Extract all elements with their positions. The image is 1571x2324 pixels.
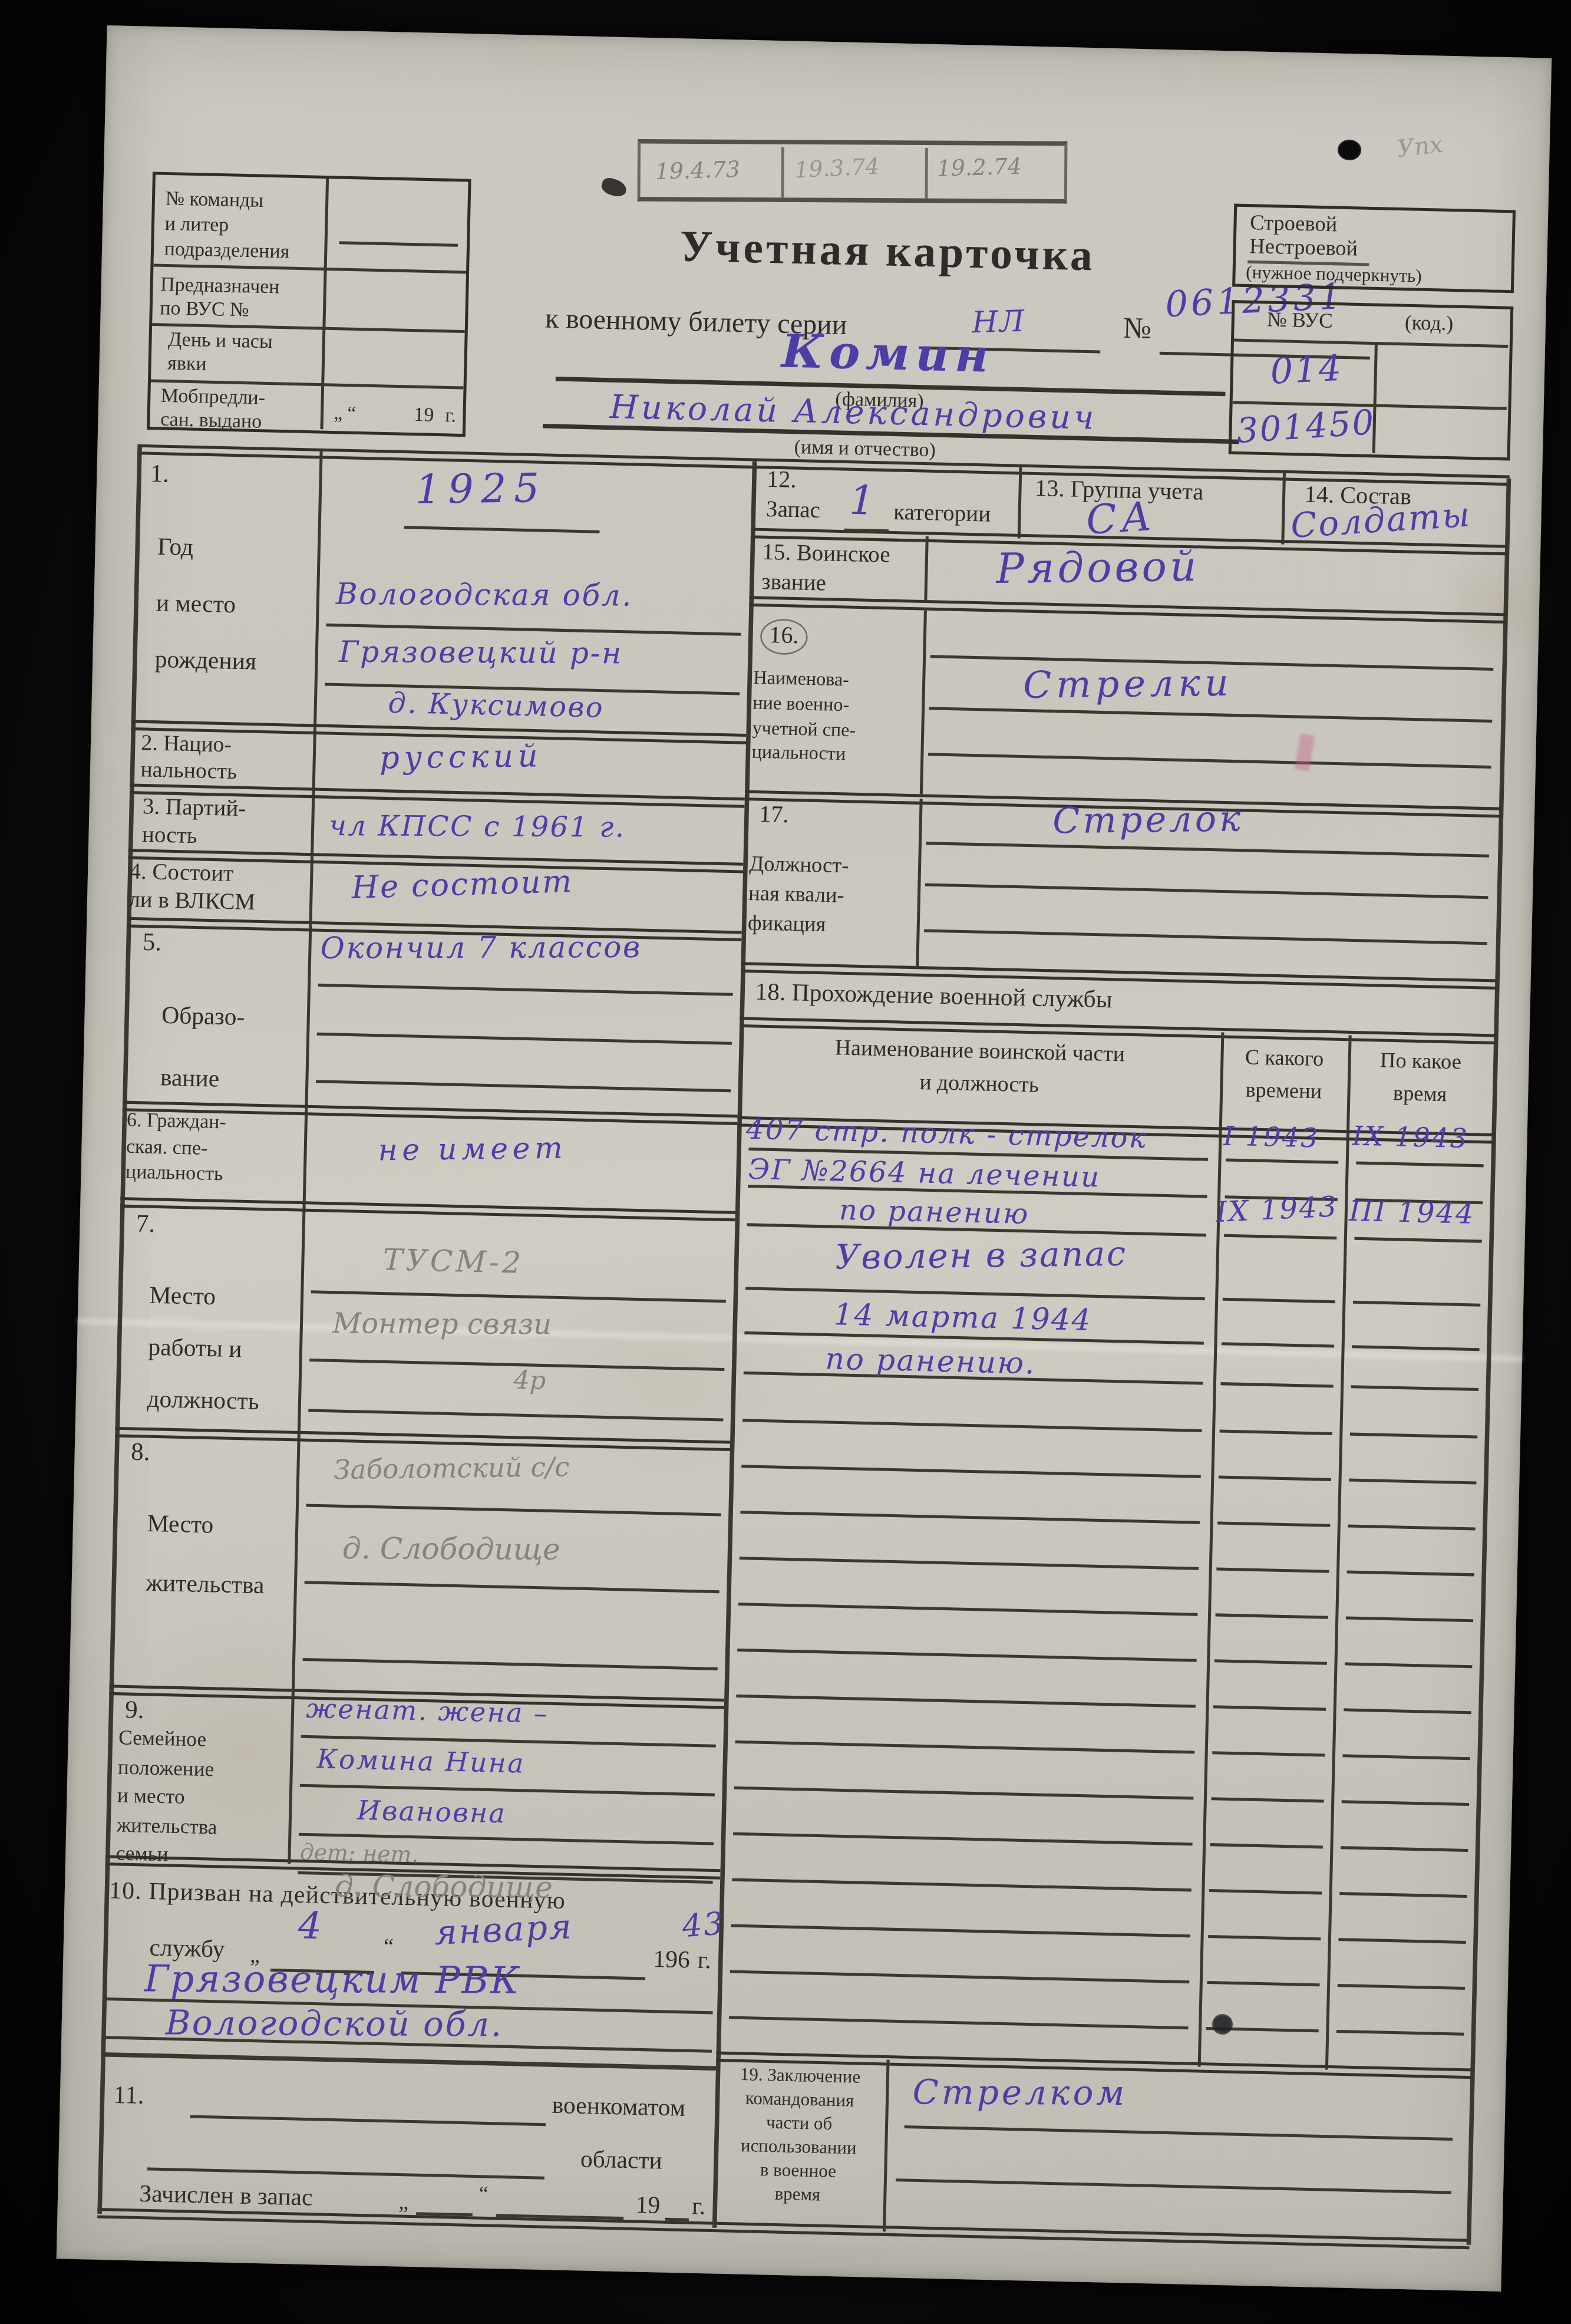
service-row-part-3: Уволен в запас [835, 1235, 1127, 1277]
blank-line [147, 2167, 544, 2179]
ruled-line [316, 1080, 731, 1092]
table-ruled-line [1210, 1843, 1323, 1848]
table-col1-header: Наименование воинской части и должность [738, 1030, 1221, 1106]
job-title-hand: Монтер связи [332, 1308, 552, 1341]
table-col-divider-2 [1325, 1035, 1352, 2069]
grid-middle-divider [712, 461, 756, 2227]
nationality-hand: русский [379, 739, 543, 776]
item9-label: Семейное положение и место жительства се… [115, 1725, 219, 1872]
table-ruled-line [740, 1511, 1200, 1524]
table-ruled-line [730, 1970, 1190, 1984]
table-ruled-line [745, 1287, 1205, 1300]
table-ruled-line [1342, 1800, 1469, 1806]
table-ruled-line [1352, 1345, 1479, 1351]
item12-word2: категории [893, 500, 991, 529]
item11-year: 19 [635, 2190, 661, 2220]
item3-label: 3. Партий- ность [141, 793, 246, 852]
residence-2-hand: д. Слободище [342, 1530, 560, 1567]
table-ruled-line [738, 1603, 1198, 1616]
vus-value-2: 301450 [1235, 404, 1377, 451]
call-up-month-hand: января [434, 1908, 574, 1953]
table-ruled-line [1338, 1984, 1465, 1990]
top-left-row-border [153, 263, 466, 273]
item12-number: 12. [767, 467, 797, 495]
table-ruled-line [740, 1557, 1199, 1570]
birth-place-3-hand: д. Куксимово [388, 687, 605, 725]
nestroevoy-label: Нестроевой [1249, 235, 1358, 263]
number-sign: № [1123, 312, 1151, 347]
table-ruled-line [1211, 1797, 1324, 1802]
divider-19 [883, 2060, 890, 2232]
date-stamp-box: 19.4.73 19.3.74 19.2.74 [638, 139, 1068, 203]
ink-blot [1212, 2013, 1233, 2035]
table-ruled-line [1336, 2030, 1464, 2036]
table-ruled-line [735, 1740, 1195, 1754]
family-3-hand: Ивановна [357, 1795, 506, 1830]
workplace-hand: ТУСМ-2 [382, 1242, 524, 1281]
item8-number: 8. [131, 1438, 150, 1468]
grid-bottom-border [97, 2208, 1470, 2249]
corner-pencil-note: Упх [1395, 130, 1444, 163]
ruled-line [306, 1504, 721, 1516]
table-ruled-line [732, 1878, 1192, 1892]
row-border-6-7 [120, 1197, 735, 1221]
table-ruled-line [1216, 1613, 1328, 1618]
service-row-part-4: 14 марта 1944 [833, 1296, 1093, 1337]
table-ruled-line [1223, 1298, 1335, 1303]
table-ruled-line [1338, 1938, 1466, 1944]
table-ruled-line [1224, 1234, 1336, 1240]
table-col2-header: С какого времени [1220, 1041, 1349, 1110]
item1-number: 1. [150, 459, 169, 489]
birth-place-1-hand: Вологодская обл. [336, 576, 633, 613]
table-ruled-line [1219, 1476, 1331, 1481]
left-label-divider [288, 451, 322, 1864]
table-ruled-line [1209, 1889, 1322, 1894]
table-ruled-line [1217, 1521, 1330, 1527]
item16-number: 16. [760, 618, 808, 655]
pink-smudge [1295, 734, 1315, 772]
komsomol-hand: Не состоит [351, 863, 574, 905]
ruled-line [305, 1581, 720, 1593]
registration-card: 19.4.73 19.3.74 19.2.74 Упх № команды и … [57, 25, 1552, 2292]
residence-1-hand: Заболотский с/с [334, 1452, 570, 1486]
item11-word2: области [580, 2145, 662, 2176]
mob-order-quotes: „ “ [334, 401, 356, 426]
ruled-line [926, 842, 1489, 858]
item10-year-suffix: г. [697, 1946, 711, 1976]
vus-purpose-label: Предназначен по ВУС № [160, 273, 280, 323]
ruled-line [924, 929, 1487, 945]
table-ruled-line [1346, 1616, 1473, 1622]
divider-13-14 [1281, 473, 1286, 545]
table-ruled-line [1207, 1981, 1319, 1986]
stroevoy-label: Строевой [1250, 212, 1338, 239]
team-number-label: № команды и литер подразделения [164, 186, 291, 264]
row-border-15-16 [749, 596, 1506, 624]
table-ruled-line [1212, 1751, 1325, 1756]
table-ruled-line [1353, 1301, 1480, 1307]
rank-hand: Рядовой [996, 542, 1200, 593]
table-ruled-line [1220, 1430, 1332, 1435]
family-1-hand: женат. жена – [306, 1693, 549, 1730]
ruled-line [311, 1290, 726, 1303]
blank-line [665, 2218, 689, 2221]
item4-label: 4. Состоит ли в ВЛКСМ [128, 858, 256, 917]
paper-crease [78, 1318, 1523, 1362]
birth-year-line [404, 526, 600, 533]
stamp-divider [781, 147, 784, 198]
table-ruled-line [1351, 1385, 1478, 1391]
table-ruled-line [736, 1695, 1196, 1708]
ruled-line [896, 2178, 1451, 2194]
vus-row-line [1373, 404, 1506, 410]
rvk-hand: Грязовецким РВК [144, 1957, 521, 2002]
item9-number: 9. [125, 1696, 144, 1726]
birth-year-hand: 1925 [415, 466, 547, 514]
stamp-date: 19.3.74 [794, 153, 880, 183]
row-border-7-8 [115, 1427, 730, 1451]
punch-hole [1338, 139, 1362, 160]
item11-word3: Зачислен в запас [139, 2179, 313, 2213]
call-up-day-hand: 4 [298, 1904, 324, 1947]
job-grade-hand: 4р [513, 1366, 546, 1397]
item2-label: 2. Нацио- нальность [140, 730, 238, 786]
item18-heading: 18. Прохождение военной службы [755, 977, 1113, 1015]
blank-line [190, 2115, 546, 2126]
blank-line [339, 241, 458, 246]
table-ruled-line [1226, 1158, 1338, 1163]
service-row-part-2: по ранению [839, 1194, 1029, 1231]
family-4-hand: дет: нет. [299, 1839, 419, 1868]
party-hand: чл КПСС с 1961 г. [329, 810, 625, 844]
ruled-line [928, 753, 1491, 769]
item11-number: 11. [113, 2081, 144, 2111]
vus-value-1: 014 [1269, 348, 1344, 393]
item6-label: 6. Граждан- ская. спе- циальность [125, 1107, 226, 1187]
ruled-line [308, 1409, 723, 1421]
ruled-line [905, 2125, 1453, 2141]
conclusion-hand: Стрелком [912, 2074, 1127, 2114]
table-ruled-line [1214, 1659, 1327, 1664]
report-day-label: День и часы явки [167, 328, 273, 377]
mob-order-label: Мобпредли- сан. выдано [160, 384, 266, 433]
table-ruled-line [733, 1832, 1193, 1846]
stroevoy-box: Строевой Нестроевой (нужное подчеркнуть) [1232, 204, 1516, 294]
vus-code-label: (код.) [1405, 313, 1454, 338]
surname-hand: Комин [781, 325, 995, 384]
table-ruled-line [1349, 1479, 1476, 1485]
divider-15 [924, 536, 929, 603]
table-ruled-line [1213, 1705, 1326, 1710]
row-border-10-11 [101, 2052, 716, 2070]
birth-place-2-hand: Грязовецкий р-н [339, 634, 623, 671]
table-ruled-line [1220, 1382, 1333, 1387]
item11-year-suffix: г. [692, 2191, 706, 2221]
card-title: Учетная карточка [554, 219, 1222, 285]
ruled-line [318, 984, 733, 996]
item11-quote2: “ [478, 2184, 489, 2208]
table-ruled-line [737, 1649, 1197, 1662]
top-left-box: № команды и литер подразделения Предназн… [147, 172, 471, 437]
table-ruled-line [741, 1465, 1201, 1478]
divider-17 [916, 799, 922, 966]
item12-word1: Запас [766, 497, 821, 525]
item16-label: Наименова- ние военно- учетной спе- циал… [751, 666, 857, 768]
vus-box: № ВУС (код.) 014 301450 [1229, 300, 1514, 460]
table-ruled-line [1344, 1708, 1471, 1714]
item7-number: 7. [136, 1209, 156, 1240]
item10-year-printed: 196 [653, 1944, 690, 1975]
service-row-to-2: III 1944 [1349, 1195, 1476, 1231]
table-ruled-line [1356, 1161, 1483, 1167]
vus-label: № ВУС [1267, 310, 1333, 335]
ruled-line [300, 1784, 715, 1796]
item15-label: 15. Воинское звание [761, 539, 890, 601]
table-ruled-line [1341, 1846, 1468, 1852]
service-row-to-0: IX 1943 [1352, 1121, 1469, 1155]
table-ruled-line [1348, 1524, 1475, 1530]
paper-defect-blob [600, 176, 629, 199]
table-ruled-line [1350, 1433, 1477, 1439]
ruled-line [925, 884, 1489, 899]
table-ruled-line [1342, 1754, 1470, 1760]
family-5-hand: д. Слободище [335, 1868, 553, 1905]
table-col3-header: По какое время [1347, 1044, 1494, 1112]
table-ruled-line [734, 1786, 1194, 1800]
grid-right-border [1467, 478, 1510, 2244]
ruled-line [317, 1033, 732, 1045]
table-ruled-line [1208, 1935, 1321, 1940]
mob-order-year-suffix: г. [445, 404, 456, 428]
grid-left-border [97, 447, 141, 2214]
item19-label: 19. Заключение командования части об исп… [716, 2062, 882, 2208]
item17-number: 17. [759, 802, 789, 829]
education-hand: Окончил 7 классов [321, 929, 642, 965]
item7-label: Место работы и должность [147, 1269, 262, 1427]
stamp-date: 19.2.74 [936, 153, 1022, 182]
table-ruled-line [1339, 1892, 1467, 1898]
item5-number: 5. [142, 928, 161, 958]
table-ruled-line [1345, 1662, 1472, 1668]
table-ruled-line [731, 1924, 1191, 1938]
item8-label: Место жительства [145, 1494, 266, 1616]
service-row-part-5: по ранению. [825, 1341, 1037, 1381]
service-row-from-0: I 1943 [1223, 1121, 1319, 1154]
call-up-year-hand: 43 [681, 1906, 726, 1944]
table-ruled-line [1222, 1342, 1334, 1347]
table-ruled-line [742, 1419, 1202, 1432]
table-ruled-line [1216, 1567, 1329, 1573]
civil-specialty-hand: не имеет [378, 1130, 567, 1168]
reserve-category-hand: 1 [849, 478, 877, 525]
item11-quote: „ [398, 2191, 409, 2216]
group-hand: СА [1085, 494, 1157, 544]
item10-quote-close: “ [384, 1936, 394, 1961]
item1-label: Год и место рождения [154, 519, 260, 690]
stamp-date: 19.4.73 [655, 156, 740, 186]
mob-order-year: 19 [414, 403, 434, 427]
table-ruled-line [729, 2016, 1189, 2030]
stamp-divider [925, 148, 928, 199]
qualification-hand: Стрелок [1052, 798, 1244, 842]
underline-note: (нужное подчеркнуть) [1246, 262, 1422, 288]
table-col-divider-1 [1198, 1032, 1225, 2066]
item11-word1: военкоматом [552, 2091, 685, 2123]
item17-label: Должност- ная квали- фикация [748, 849, 849, 941]
family-2-hand: Комина Нина [316, 1744, 525, 1780]
table-ruled-line [1347, 1570, 1474, 1576]
service-row-from-2: IX 1943 [1215, 1191, 1339, 1229]
photo-stage: 19.4.73 19.3.74 19.2.74 Упх № команды и … [0, 0, 1571, 2324]
top-left-divider [320, 179, 329, 429]
divider-16 [920, 611, 927, 795]
table-ruled-line [1354, 1237, 1481, 1243]
vus-header-line [1234, 339, 1508, 348]
ruled-line [303, 1658, 718, 1670]
ruled-line [929, 707, 1493, 723]
divider-12-13 [1018, 467, 1022, 539]
specialty-hand: Стрелки [1023, 661, 1233, 707]
item5-label: Образо- вание [160, 984, 246, 1110]
name-caption: (имя и отчество) [794, 436, 936, 463]
